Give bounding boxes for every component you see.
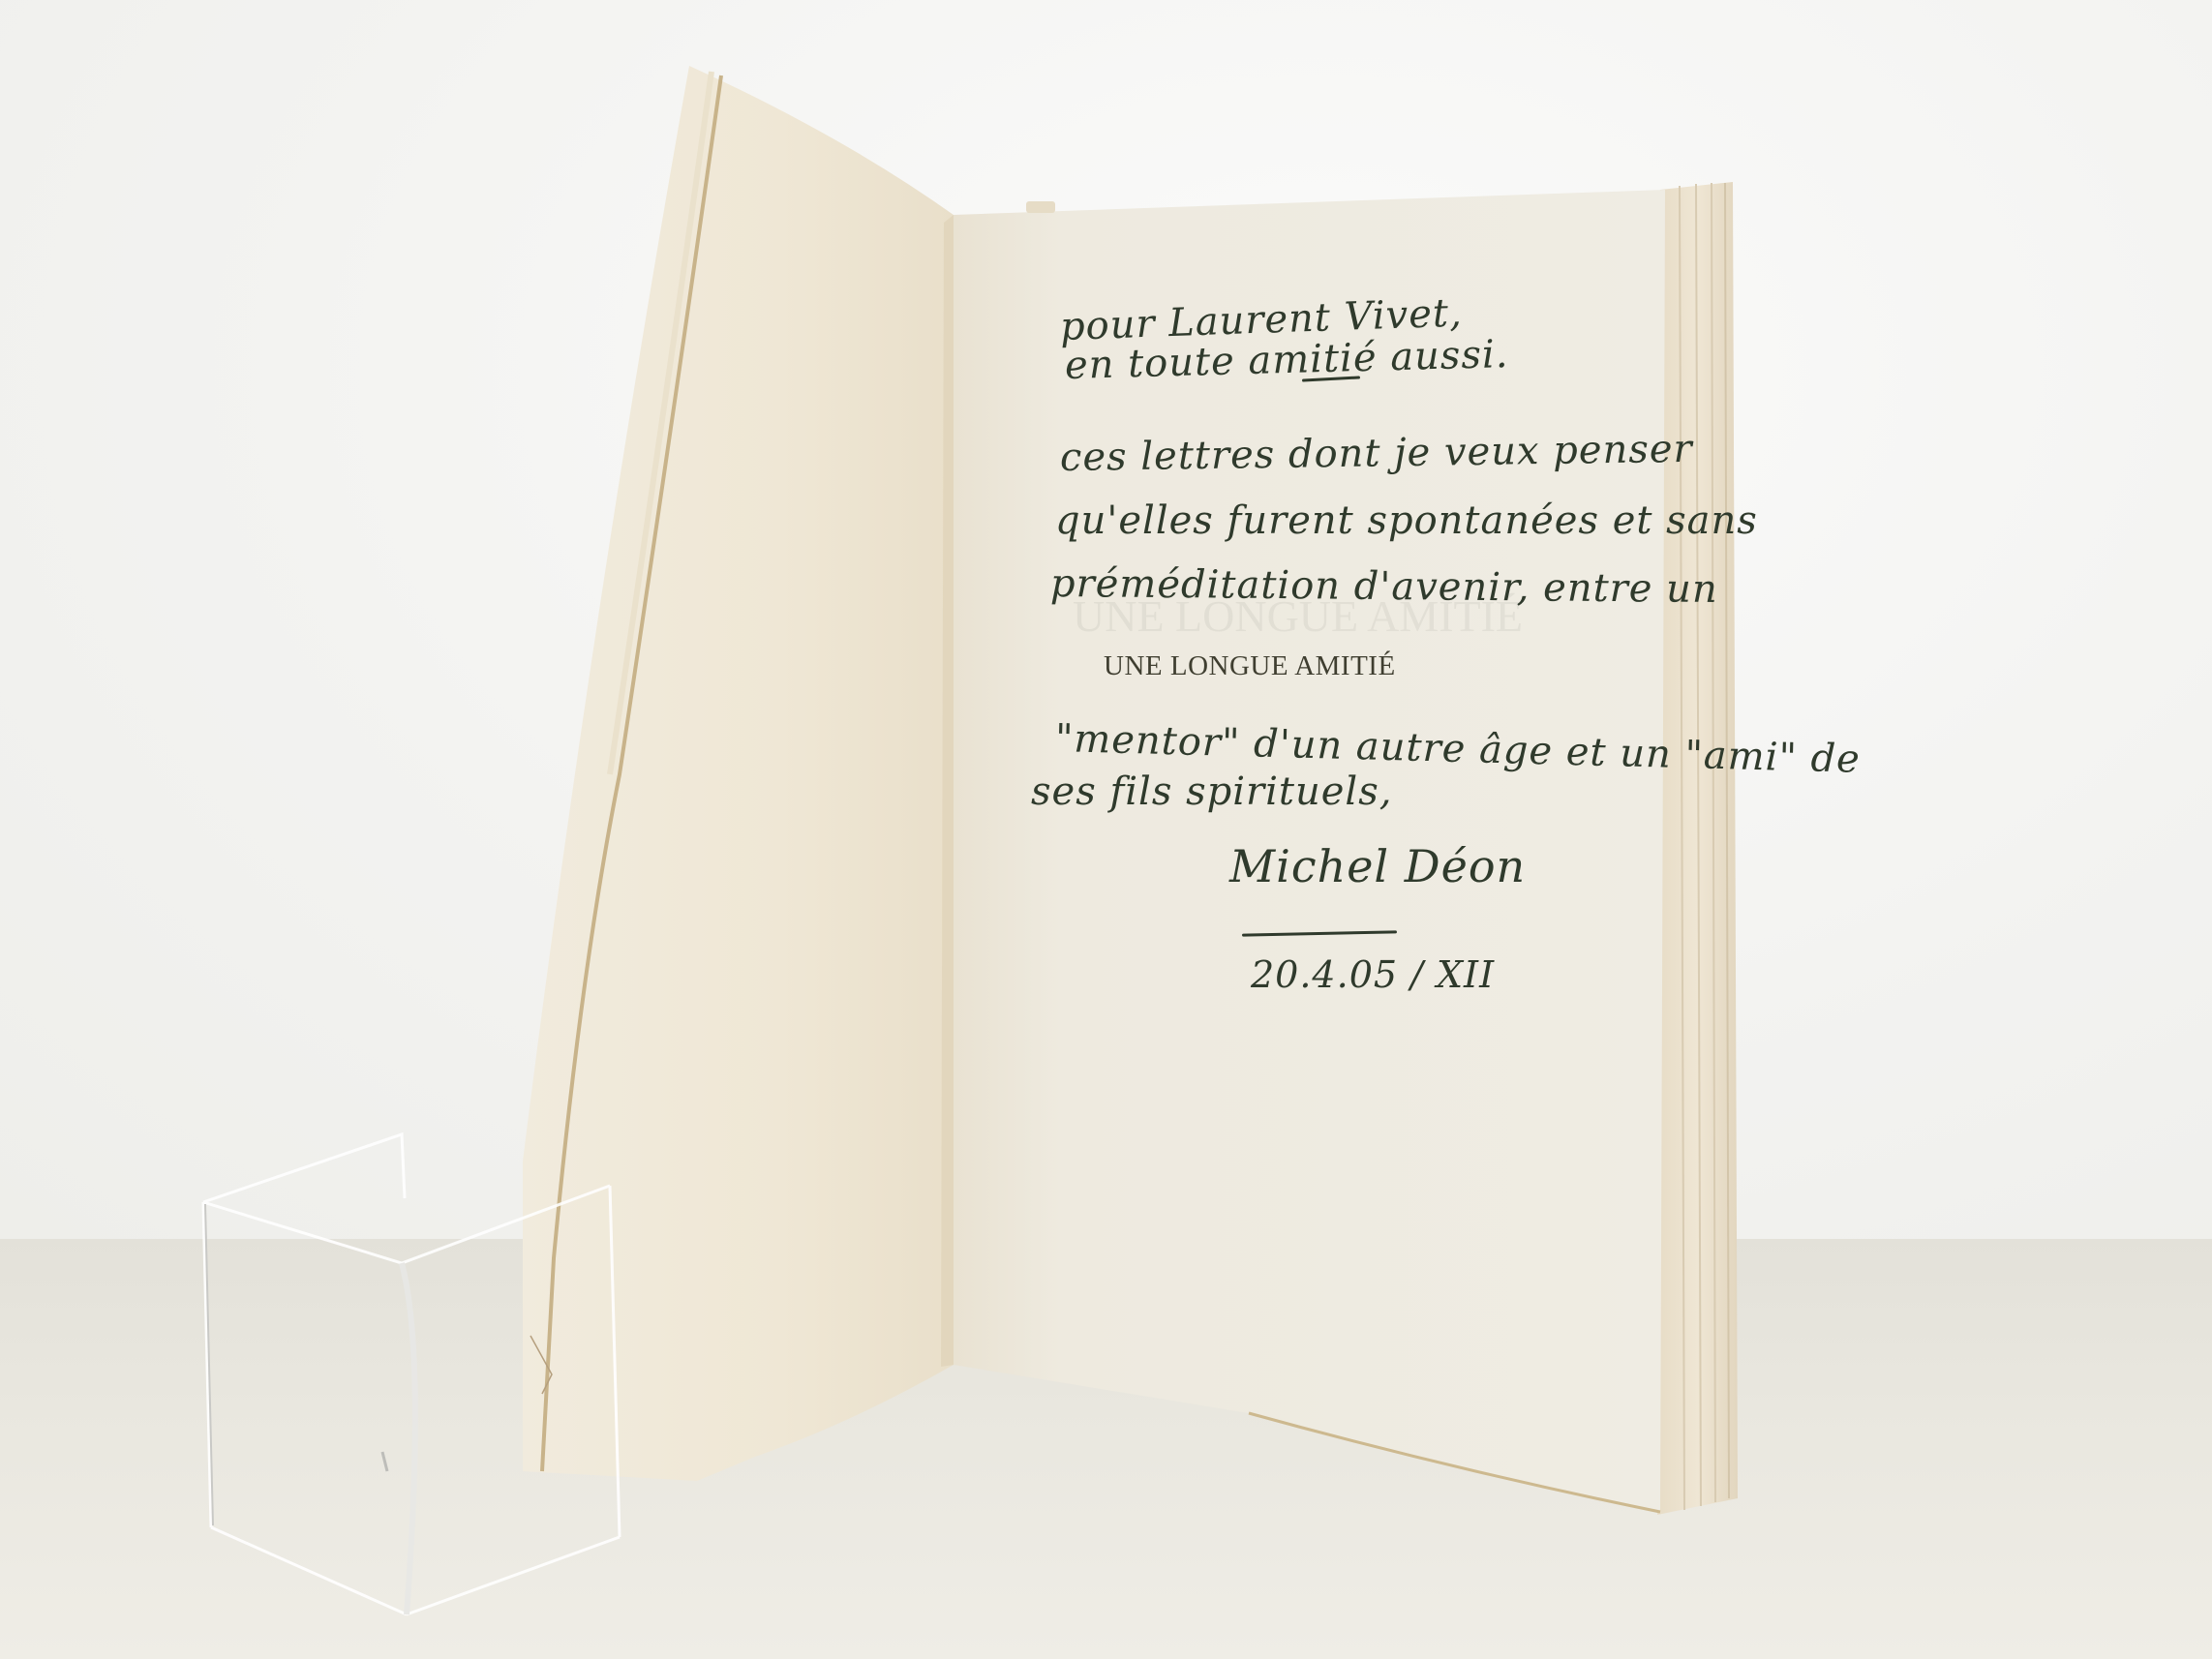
inscription-line-4: qu'elles furent spontanées et sans: [1055, 498, 1758, 543]
book-title: UNE LONGUE AMITIÉ: [1104, 650, 1396, 682]
inscription-line-3: ces lettres dont je veux penser: [1060, 427, 1693, 480]
inscription-line-7: ses fils spirituels,: [1031, 769, 1392, 814]
page-stack: [1657, 182, 1738, 1515]
inscription-date: 20.4.05 / XII: [1251, 953, 1495, 996]
inscription-line-5: préméditation d'avenir, entre un: [1050, 561, 1718, 612]
signature: Michel Déon: [1229, 840, 1526, 892]
left-page: [523, 66, 954, 1481]
photo-scene: UNE LONGUE AMITIÉ UNE LONGUE AMITIÉ pour…: [0, 0, 2212, 1659]
open-book: [0, 0, 2212, 1659]
